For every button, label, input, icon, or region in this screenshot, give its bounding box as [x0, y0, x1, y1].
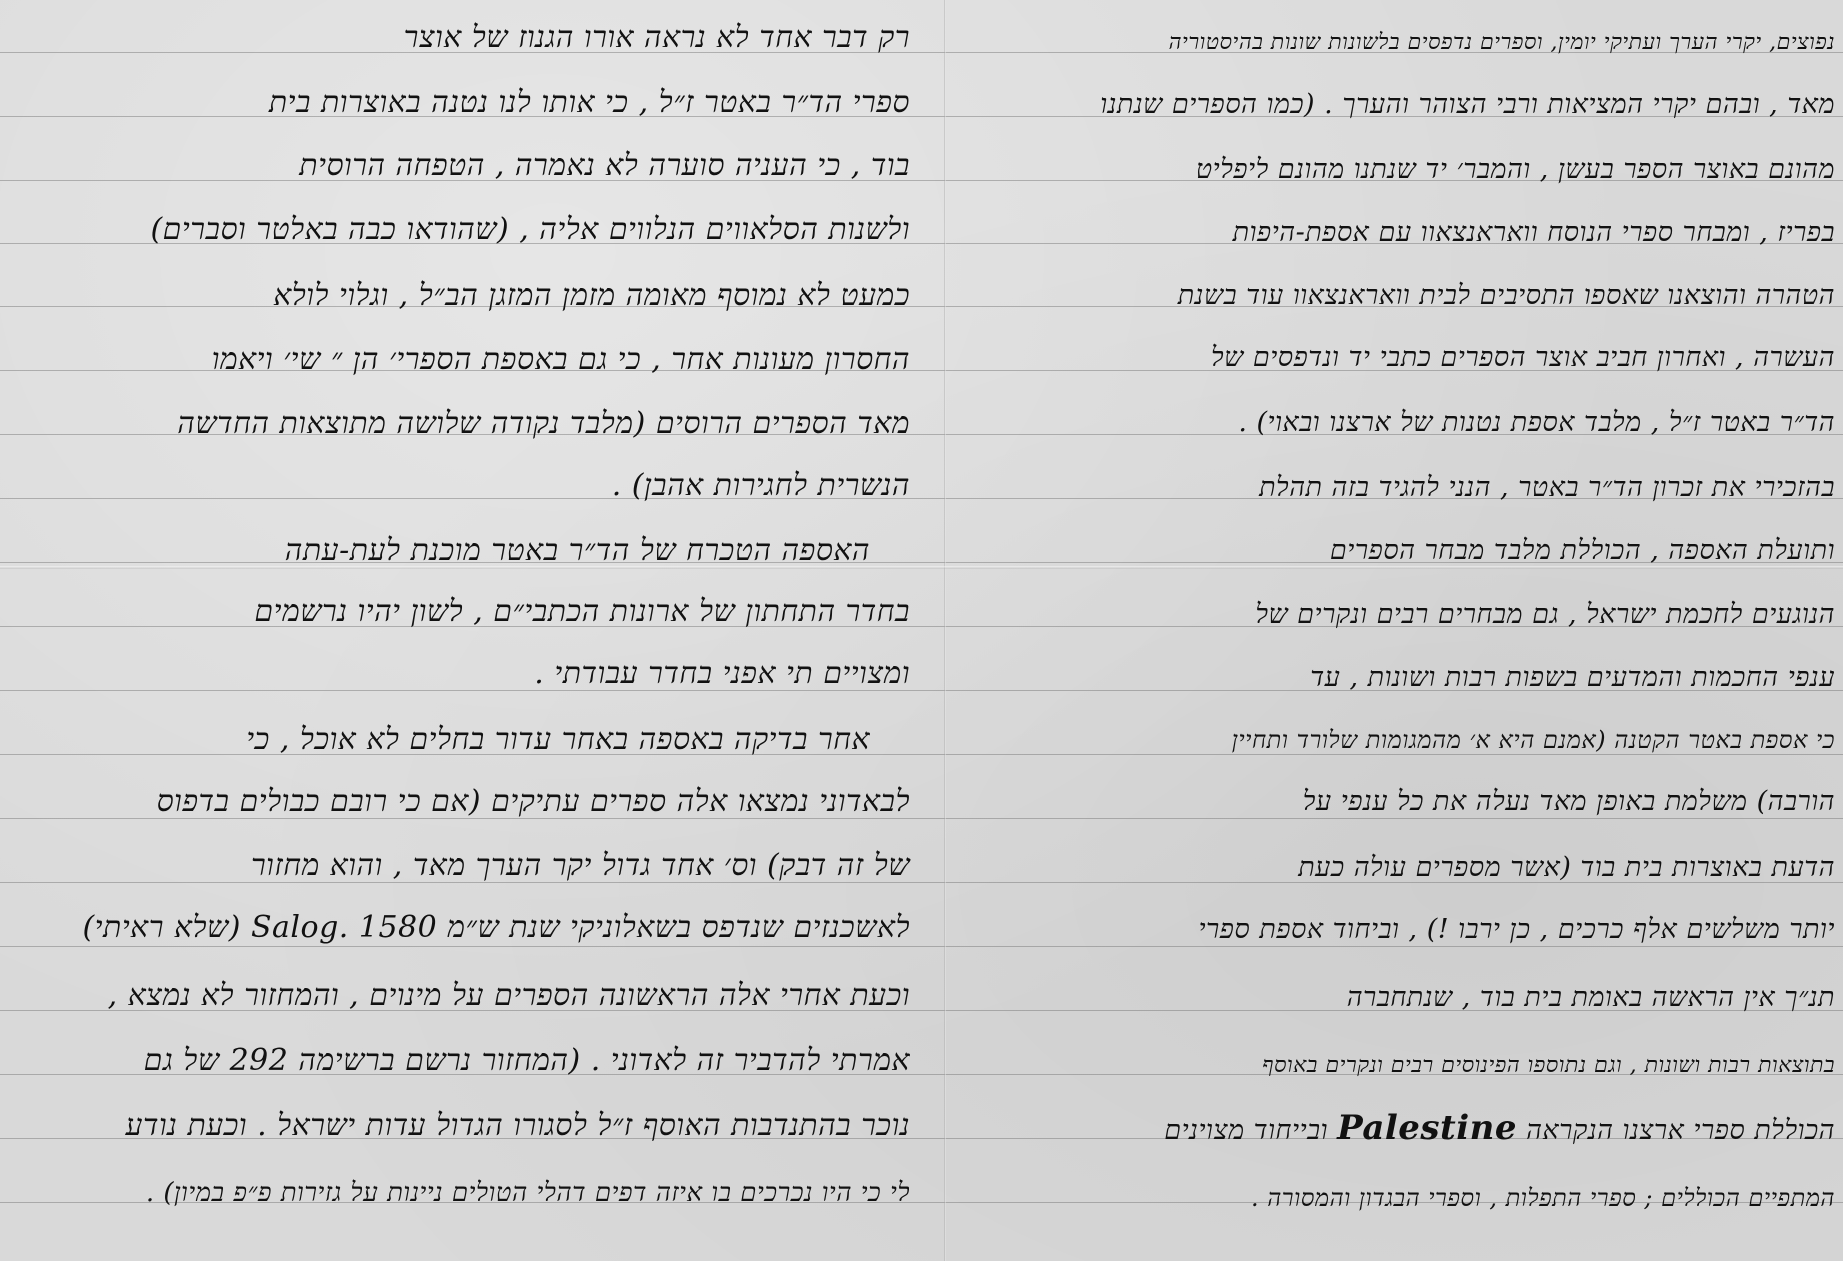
text-line: וכעת אחרי אלה הראשונה הספרים על מינוים ,… — [108, 978, 910, 1014]
vertical-fold-crease — [944, 0, 946, 1261]
text-line: אמרתי להדביר זה לאדוני . (המחזור נרשם בר… — [144, 1043, 910, 1079]
text-line: ספרי הד״ר באטר ז״ל , כי אותו לנו נטנה בא… — [269, 85, 910, 121]
text-line: נוכר בהתנדבות האוסף ז״ל לסגורו הגדול עדו… — [126, 1108, 910, 1144]
text-line: ותועלת האספה , הכוללת מלבד מבחר הספרים — [1330, 533, 1835, 569]
text-line: הכוללת ספרי ארצנו הנקראה Palestine ובייח… — [1164, 1110, 1835, 1149]
text-line: של זה דבק) וס׳ אחד גדול יקר הערך מאד , ו… — [251, 848, 910, 884]
text-line: מאד , ובהם יקרי המציאות ורבי הצוהר והערך… — [1100, 87, 1835, 123]
text-line: יותר משלשים אלף כרכים , כן ירבו !) , ובי… — [1198, 912, 1835, 948]
text-line: מאד הספרים הרוסים (מלבד נקודה שלושה מתוצ… — [177, 406, 910, 442]
text-line: הדעת באוצרות בית בוד (אשר מספרים עולה כע… — [1298, 850, 1835, 886]
text-line: לבאדוני נמצאו אלה ספרים עתיקים (אם כי רו… — [157, 784, 910, 820]
text-line: העשרה , ואחרון חביב אוצר הספרים כתבי יד … — [1211, 340, 1835, 376]
letter-page: רק דבר אחד לא נראה אורו הגנוז של אוצר ספ… — [0, 0, 1843, 1261]
text-line: האספה הטכרח של הד״ר באטר מוכנת לעת-עתה — [285, 533, 870, 569]
text-line: החסרון מעונות אחר , כי גם באספת הספרי׳ ה… — [212, 342, 910, 378]
text-line: תנ״ך אין הראשה באומת בית בוד , שנתחברה — [1347, 980, 1835, 1016]
text-line: בפריז , ומבחר ספרי הנוסח וואראנצאוו עם א… — [1233, 215, 1835, 251]
text-line: ולשנות הסלאווים הנלווים אליה , (שהודאו כ… — [150, 212, 910, 248]
text-line: בהזכירי את זכרון הד״ר באטר , הנני להגיד … — [1259, 470, 1835, 506]
left-column: רק דבר אחד לא נראה אורו הגנוז של אוצר ספ… — [10, 0, 910, 1261]
text-line: ומצויים תי אפני בחדר עבודתי . — [534, 656, 910, 692]
text-line: הד״ר באטר ז״ל , מלבד אספת נטנות של ארצנו… — [1238, 405, 1835, 441]
text-line: כמעט לא נמוסף מאומה מזמן המזגן הב״ל , וג… — [273, 278, 910, 314]
text-line: ענפי החכמות והמדעים בשפות רבות ושונות , … — [1310, 660, 1835, 696]
text-line: לאשכנזים שנדפס בשאלוניקי שנת ש״מ 1580 .S… — [82, 910, 910, 946]
text-line: בחדר התחתון של ארונות הכתבי״ם , לשון יהי… — [254, 594, 910, 630]
text-line: המתפיים הכוללים ; ספרי התפלות , וספרי הב… — [1251, 1180, 1835, 1216]
text-line: הורבה) משלמת באופן מאד נעלה את כל ענפי ע… — [1303, 784, 1835, 820]
text-line: נפוצים, יקרי הערך ועתיקי יומין, וספרים נ… — [1169, 25, 1835, 61]
text-line: רק דבר אחד לא נראה אורו הגנוז של אוצר — [404, 20, 910, 56]
text-line: בוד , כי העניה סוערה לא נאמרה , הטפחה הר… — [299, 148, 910, 184]
text-line: מהונם באוצר הספר בעשן , והמבר׳ יד שנתנו … — [1196, 152, 1835, 188]
text-line: אחר בדיקה באספה באחר עדור בחלים לא אוכל … — [246, 722, 870, 758]
text-line: לי כי היו נכרכים בו איזה דפים דהלי הטולי… — [146, 1175, 910, 1211]
text-line: הנוגעים לחכמת ישראל , גם מבחרים רבים ונק… — [1255, 597, 1835, 633]
text-line: כי אספת באטר הקטנה (אמנם היא א׳ מהמגומות… — [1232, 722, 1835, 758]
text-line: הטהרה והוצאנו שאספו התסיבים לבית וואראנצ… — [1178, 278, 1835, 314]
right-column: נפוצים, יקרי הערך ועתיקי יומין, וספרים נ… — [955, 0, 1835, 1261]
text-line: בתוצאות רבות ושונות , וגם נתוספו הפינוסי… — [1262, 1048, 1835, 1084]
text-line: הנשרית לחגירות אהבן) . — [612, 468, 910, 504]
latin-word: Palestine — [1337, 1108, 1517, 1148]
